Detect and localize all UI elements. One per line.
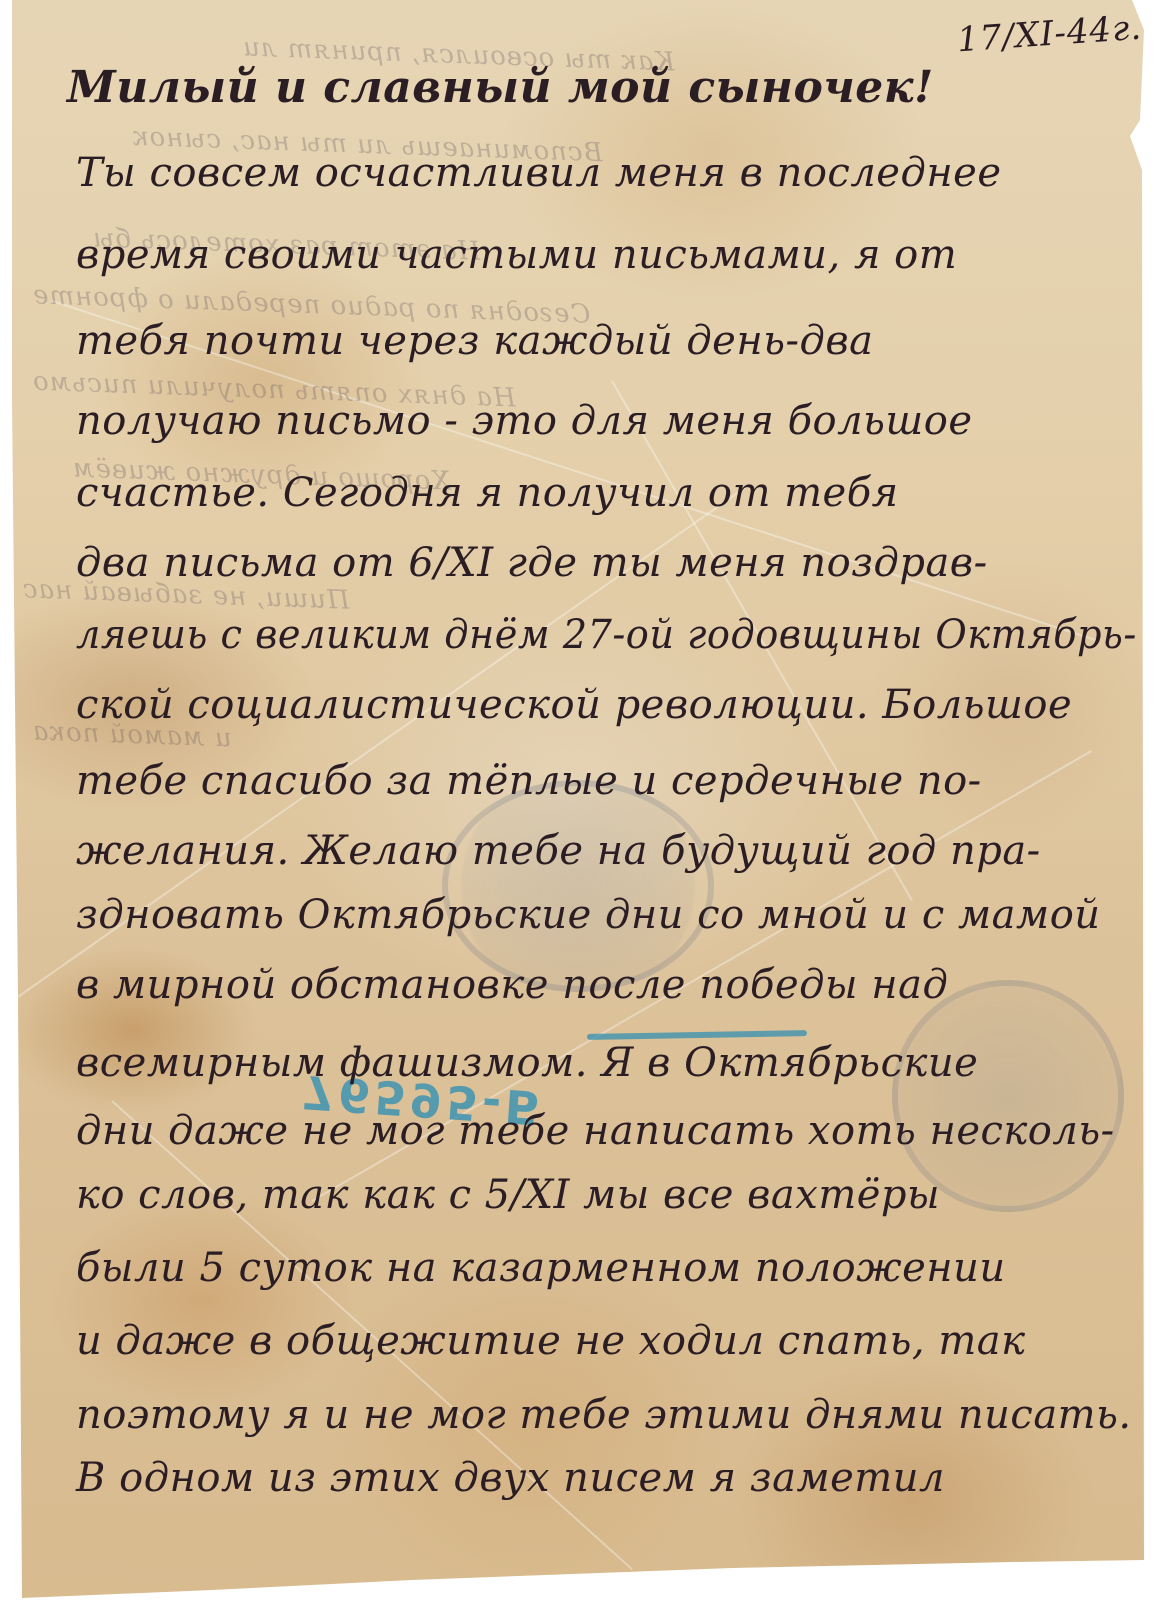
- letter-line: дни даже не мог тебе написать хоть неско…: [76, 1108, 1115, 1154]
- letter-line: получаю письмо - это для меня большое: [76, 398, 973, 444]
- letter-line: желания. Желаю тебе на будущий год пра-: [76, 828, 1041, 874]
- letter-line: ко слов, так как с 5/XI мы все вахтёры: [76, 1172, 940, 1218]
- letter-line: ляешь с великим днём 27-ой годовщины Окт…: [76, 612, 1137, 658]
- postal-stamp: [442, 780, 714, 992]
- letter-line: В одном из этих двух писем я заметил: [76, 1455, 945, 1501]
- letter-line: время своими частыми письмами, я от: [76, 232, 957, 278]
- blue-pencil-stroke: [587, 1030, 807, 1040]
- letter-line: здновать Октябрьские дни со мной и с мам…: [76, 892, 1101, 938]
- letter-paper: Как ты освоился, принят ли Вспоминаешь л…: [12, 0, 1144, 1601]
- letter-line: поэтому я и не мог тебе этими днями писа…: [76, 1392, 1132, 1438]
- letter-line: тебя почти через каждый день-два: [76, 318, 873, 364]
- letter-line: ской социалистической революции. Большое: [76, 682, 1072, 728]
- letter-date: 17/XI-44г.: [956, 8, 1143, 61]
- letter-line: два письма от 6/XI где ты меня поздрав-: [76, 540, 988, 586]
- letter-line: счастье. Сегодня я получил от тебя: [76, 470, 899, 516]
- letter-line: тебе спасибо за тёплые и сердечные по-: [76, 758, 982, 804]
- letter-line: были 5 суток на казарменном положении: [76, 1245, 1006, 1291]
- letter-line: и даже в общежитие не ходил спать, так: [76, 1318, 1026, 1364]
- letter-line: в мирной обстановке после победы над: [76, 962, 948, 1008]
- letter-line: всемирным фашизмом. Я в Октябрьские: [76, 1040, 978, 1086]
- letter-salutation: Милый и славный мой сыночек!: [67, 62, 934, 113]
- letter-line: Ты совсем осчастливил меня в последнее: [76, 150, 1002, 196]
